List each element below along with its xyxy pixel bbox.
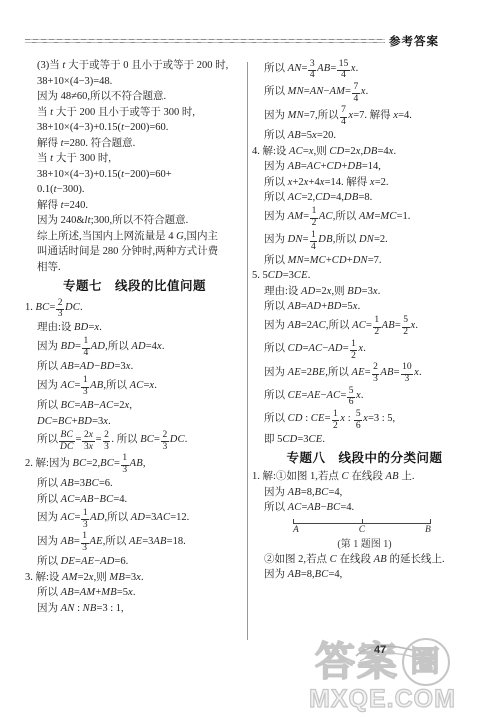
answer-line: 因为 AB=AC+CD+DB=14, [251, 159, 478, 175]
answer-line: 因为 AB=2AC,所以 AC=12AB=52x. [251, 315, 478, 338]
answer-line: 38+10×(4−3)+0.15(t−200)=60. [24, 120, 245, 136]
right-column: 所以 AN=34AB=154x.所以 MN=AN−AM=74x.因为 MN=7,… [251, 58, 478, 583]
section-heading: 专题七 线段的比值问题 [24, 278, 245, 294]
answer-line: 因为 DN=14DB,所以 DN=2. [251, 229, 478, 252]
watermark-domain: MXQE.COM [275, 686, 490, 713]
answer-line: 所以 MN=AN−AM=74x. [251, 81, 478, 104]
fraction: 12 [350, 340, 358, 362]
fraction: 74 [340, 106, 348, 128]
answer-line: 叫通话时间是 280 分钟时,两种方式计费 [24, 244, 245, 260]
fraction: 23 [56, 299, 64, 321]
answer-line: 所以 AB=5x=20. [251, 128, 478, 144]
answer-line: 因为 MN=7,所以74x=7. 解得 x=4. [251, 105, 478, 128]
fraction: 154 [337, 60, 350, 82]
fraction: 12 [310, 207, 318, 229]
fraction: 2x3x [82, 431, 94, 453]
answer-line: 相等. [24, 260, 245, 276]
figure-point-label: A [293, 524, 299, 536]
answer-line: 2. 解:因为 BC=2,BC=13AB, [24, 453, 245, 476]
answer-line: 理由:设 BD=x. [24, 320, 245, 336]
fraction: 34 [308, 60, 316, 82]
answer-line: 所以 DE=AE−AD=6. [24, 554, 245, 570]
answer-line: 理由:设 AD=2x,则 BD=3x. [251, 284, 478, 300]
fraction: 23 [161, 431, 169, 453]
answer-line: 所以 AB=AD−BD=3x. [24, 359, 245, 375]
answer-line: 因为 AM=12AC,所以 AM=MC=1. [251, 206, 478, 229]
fraction: 13 [81, 532, 89, 554]
answer-line: 所以 CD=AC−AD=12x. [251, 338, 478, 361]
segment-line [293, 523, 431, 524]
answer-line: 所以 CD : CE=12x : 56x=3 : 5, [251, 408, 478, 431]
answer-line: 所以 AB=AD+BD=5x. [251, 299, 478, 315]
fraction: 23 [103, 431, 111, 453]
answer-line: 即 5CD=3CE. [251, 432, 478, 448]
fraction: 13 [81, 376, 89, 398]
fraction: 13 [121, 454, 129, 476]
figure-point-label: C [359, 524, 366, 536]
answer-line: 3. 解:设 AM=2x,则 MB=3x. [24, 570, 245, 586]
fraction: 14 [310, 231, 318, 253]
fraction: 56 [354, 410, 362, 432]
answer-line: 所以 AB=3BC=6. [24, 476, 245, 492]
page-title: 参考答案 [389, 33, 439, 49]
answer-line: 0.1(t−300). [24, 182, 245, 198]
answer-line: ②如图 2,若点 C 在线段 AB 的延长线上. [251, 552, 478, 568]
answer-line: 因为 48≠60,所以不符合题意. [24, 89, 245, 105]
answer-line: 解得 t=240. [24, 198, 245, 214]
segment-tick [430, 519, 431, 523]
answer-line: 所以 x+2x+4x=14. 解得 x=2. [251, 175, 478, 191]
page-number-value: 47 [374, 644, 386, 656]
figure-point-labels: ACB [293, 524, 431, 536]
answer-line: 所以 CE=AE−AC=56x. [251, 385, 478, 408]
answer-line: 因为 AB=8,BC=4, [251, 567, 478, 583]
column-divider [247, 62, 248, 640]
figure-caption: (第 1 题图 1) [251, 537, 478, 552]
answer-line: 因为 AB=13AE,所以 AE=3AB=18. [24, 531, 245, 554]
answer-line: DC=BC+BD=3x. [24, 414, 245, 430]
answer-page: 参考答案 (3)当 t 大于或等于 0 且小于或等于 200 时,38+10×(… [0, 0, 500, 717]
answer-line: 综上所述,当国内上网流量是 4 G,国内主 [24, 229, 245, 245]
header-decorative-rule [25, 39, 385, 43]
answer-line: 因为 AC=13AD,所以 AD=3AC=12. [24, 507, 245, 530]
answer-line: 因为 BD=14AD,所以 AD=4x. [24, 336, 245, 359]
answer-line: 因为 240&lt;300,所以不符合题意. [24, 213, 245, 229]
answer-line: 因为 AB=8,BC=4, [251, 485, 478, 501]
answer-line: 因为 AN : NB=3 : 1, [24, 601, 245, 617]
fraction: 14 [82, 337, 90, 359]
answer-line: 所以BCDC=2x3x=23. 所以 BC=23DC. [24, 429, 245, 452]
fraction: 12 [373, 316, 381, 338]
fraction: 56 [347, 387, 355, 409]
answer-line: 4. 解:设 AC=x,则 CD=2x,DB=4x. [251, 144, 478, 160]
answer-line: 所以 AB=AM+MB=5x. [24, 585, 245, 601]
answer-line: (3)当 t 大于或等于 0 且小于或等于 200 时, [24, 58, 245, 74]
segment-tick [293, 519, 294, 523]
fraction: 13 [81, 509, 89, 531]
figure-point-label: B [425, 524, 431, 536]
answer-line: 因为 AE=2BE,所以 AE=23AB=103x. [251, 362, 478, 385]
fraction: 12 [332, 410, 340, 432]
answer-line: 所以 MN=MC+CD+DN=7. [251, 253, 478, 269]
answer-line: 所以 AC=AB−BC=4. [251, 500, 478, 516]
answer-line: 当 t 大于 200 且小于或等于 300 时, [24, 105, 245, 121]
left-column: (3)当 t 大于或等于 0 且小于或等于 200 时,38+10×(4−3)=… [24, 58, 245, 616]
page-number: 47 [352, 641, 418, 667]
fraction: 103 [401, 363, 414, 385]
answer-line: 所以 AC=AB−BC=4. [24, 492, 245, 508]
answer-line: 当 t 大于 300 时, [24, 151, 245, 167]
answer-line: 38+10×(4−3)+0.15(t−200)=60+ [24, 167, 245, 183]
answer-line: 所以 AC=2,CD=4,DB=8. [251, 190, 478, 206]
answer-line: 解得 t=280. 符合题意. [24, 136, 245, 152]
answer-line: 1. BC=23DC. [24, 297, 245, 320]
answer-line: 5. 5CD=3CE. [251, 268, 478, 284]
answer-line: 所以 BC=AB−AC=2x, [24, 398, 245, 414]
answer-line: 38+10×(4−3)=48. [24, 74, 245, 90]
segment-figure: ACB [293, 523, 431, 536]
segment-tick [362, 519, 363, 523]
answer-line: 1. 解:①如图 1,若点 C 在线段 AB 上. [251, 469, 478, 485]
fraction: 52 [402, 316, 410, 338]
answer-line: 因为 AC=13AB,所以 AC=x. [24, 375, 245, 398]
fraction: 74 [352, 83, 360, 105]
fraction: 23 [372, 363, 380, 385]
fraction: BCDC [59, 431, 75, 453]
answer-line: 所以 AN=34AB=154x. [251, 58, 478, 81]
section-heading: 专题八 线段中的分类问题 [251, 450, 478, 466]
